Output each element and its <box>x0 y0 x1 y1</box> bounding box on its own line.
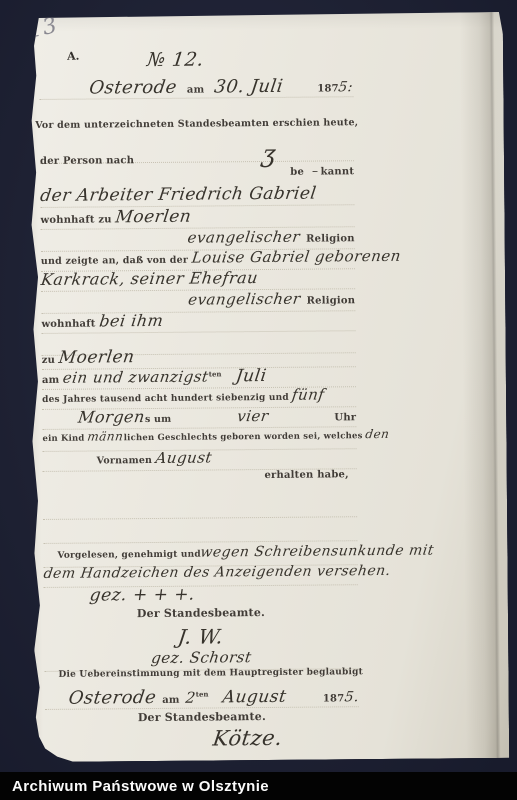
printed-superscript: ten <box>196 690 209 699</box>
handmark-line: gez. + + +. <box>44 583 358 607</box>
handwritten-text: 30. Juli <box>213 76 284 98</box>
handwritten-text: 5. <box>343 689 359 705</box>
handwritten-text: Karkrack, seiner Ehefrau <box>40 268 260 289</box>
handwritten-text: Juli <box>234 366 267 386</box>
handwritten-text: 2 <box>184 689 196 707</box>
printed-text: Vorgelesen, genehmigt und <box>57 550 200 561</box>
handwritten-text: Osterode <box>67 687 157 709</box>
printed-text: am <box>42 375 63 386</box>
handwritten-text: gez. Schorst <box>150 648 253 667</box>
printed-text: Der Standesbeamte. <box>138 710 266 724</box>
printed-text: Der Standesbeamte. <box>137 606 265 620</box>
printed-text: erhalten habe, <box>264 469 348 481</box>
handwritten-text: ein und zwanzigst <box>62 367 210 386</box>
birthtime-line: Morgens umvierUhr <box>42 405 356 430</box>
registrar-signature-1: J. W. <box>44 623 358 647</box>
printed-text: Religion <box>306 233 355 244</box>
erhalten-line: erhalten habe, <box>43 469 357 493</box>
handwritten-text: bei ihm <box>98 311 165 331</box>
printed-text: lichen Geschlechts geboren worden sei, w… <box>124 431 366 443</box>
handwritten-text: Moerlen <box>57 347 135 368</box>
handwritten-text: Kötze. <box>211 726 284 751</box>
handwritten-text: evangelischer <box>187 228 302 247</box>
declarant-line: der Arbeiter Friedrich Gabriel <box>40 183 354 208</box>
blank-rule-3 <box>43 519 357 544</box>
printed-text: am <box>187 85 205 96</box>
spacer <box>171 421 237 422</box>
registrar-signature-3: Kötze. <box>45 725 359 749</box>
printed-text: 187 <box>317 83 339 94</box>
handwritten-text: männ <box>87 429 125 443</box>
handwritten-text: № 12. <box>146 49 206 72</box>
printed-text: und zeigte an, daß von der <box>41 255 192 267</box>
spacer <box>134 162 262 163</box>
handwritten-text: J. W. <box>177 624 225 648</box>
archive-watermark-text: Archiwum Państwowe w Olsztynie <box>0 778 269 795</box>
document-page: 13 A. № 12.Osterodeam30. Juli1875:Vor de… <box>23 12 509 762</box>
printed-text: des Jahres tausend acht hundert siebenzi… <box>42 393 292 405</box>
handwritten-text: 5: <box>338 79 355 95</box>
printed-text: wohnhaft zu <box>40 214 115 226</box>
printed-superscript: ten <box>209 369 222 378</box>
record-number-line: № 12. <box>39 47 353 71</box>
handwritten-text: gez. + + +. <box>88 585 196 606</box>
residence-line: wohnhaft zu Moerlen <box>40 205 354 230</box>
handwritten-text: der Arbeiter Friedrich Gabriel <box>39 184 318 206</box>
printed-text: Vornamen <box>97 455 156 467</box>
pencil-folio-number: 13 <box>26 13 61 44</box>
printed-text: Die Uebereinstimmung mit dem Hauptregist… <box>58 667 362 680</box>
residence-line-2: wohnhaft bei ihm <box>41 309 355 334</box>
handwritten-text: Morgen <box>77 407 146 427</box>
handwritten-text: August <box>221 687 287 708</box>
mother-maiden-line: Karkrack, seiner Ehefrau <box>41 267 355 292</box>
form-lines-host: № 12.Osterodeam30. Juli1875:Vor dem unte… <box>23 12 503 16</box>
printed-text: 187 <box>323 693 345 704</box>
intro-line: Vor dem unterzeichneten Standesbeamten e… <box>40 117 354 141</box>
handwritten-text: – <box>311 164 319 178</box>
handwritten-text: den <box>365 427 391 441</box>
spacer <box>39 66 147 67</box>
printed-text: be <box>290 167 304 178</box>
firstname-line: Vornamen August <box>43 447 357 472</box>
blank-rule-2 <box>43 495 357 520</box>
person-nach-line: der Person nachʒ <box>40 139 354 164</box>
handwritten-text: Louise Gabriel geborenen <box>190 247 401 267</box>
handwritten-text: fünf <box>291 385 326 403</box>
printed-text: zu <box>42 355 59 366</box>
handwritten-text: Moerlen <box>114 207 192 228</box>
handwritten-text: wegen Schreibensunkunde mit <box>200 543 436 561</box>
printed-text: Vor dem unterzeichneten Standesbeamten e… <box>35 117 358 131</box>
spacer <box>269 420 335 421</box>
printed-text: s um <box>145 414 172 425</box>
handwritten-text: August <box>154 448 213 467</box>
spacer <box>45 745 213 746</box>
handwritten-text: evangelischer <box>187 290 302 309</box>
certification-date-line: Osterodeam2tenAugust1875. <box>45 685 359 710</box>
spacer <box>276 161 354 162</box>
printed-text: wohnhaft <box>41 318 99 330</box>
printed-text: Religion <box>307 295 356 306</box>
scanned-photo-background: 13 A. № 12.Osterodeam30. Juli1875:Vor de… <box>0 0 517 800</box>
printed-text: ein Kind <box>42 434 87 444</box>
handwritten-text: Osterode <box>88 77 178 99</box>
printed-text: Uhr <box>334 412 356 423</box>
printed-text: kannt <box>320 166 354 177</box>
handwritten-text: dem Handzeichen des Anzeigenden versehen… <box>43 563 392 582</box>
handwritten-text: vier <box>236 407 270 425</box>
date-line: Osterodeam30. Juli1875: <box>39 75 353 100</box>
archive-watermark-band: Archiwum Państwowe w Olsztynie <box>0 772 517 800</box>
printed-text: am <box>162 695 180 706</box>
